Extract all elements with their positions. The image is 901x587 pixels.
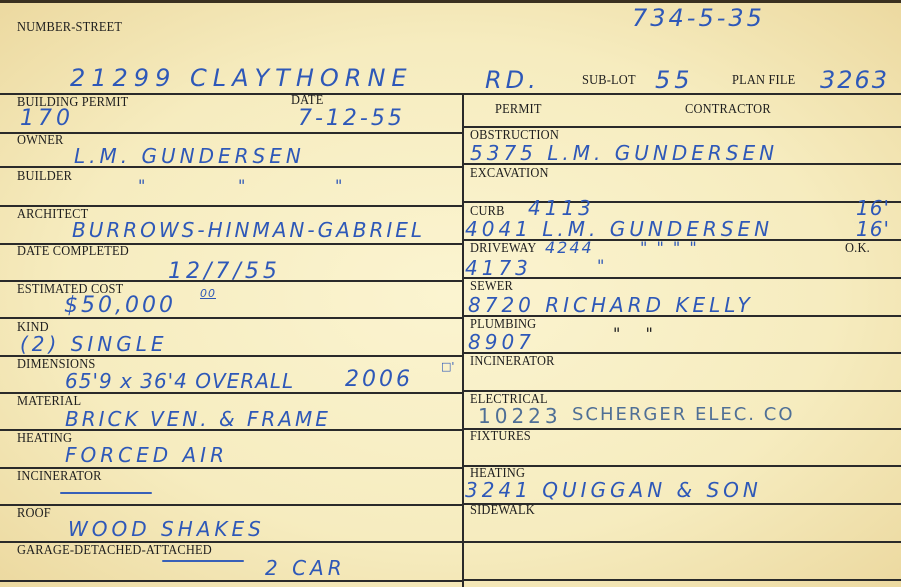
card-top-edge <box>0 0 901 3</box>
building-permit-card: NUMBER-STREET 734-5-35 21299 CLAYTHORNE … <box>0 0 901 587</box>
rule <box>0 580 462 582</box>
number-street-label: NUMBER-STREET <box>17 19 122 35</box>
sidewalk-label: SIDEWALK <box>470 502 535 518</box>
rule <box>462 465 901 467</box>
attached-underline <box>162 560 244 562</box>
sewer-label: SEWER <box>470 278 513 294</box>
contractor-column-header: CONTRACTOR <box>685 101 771 117</box>
excavation-label: EXCAVATION <box>470 165 549 181</box>
column-divider <box>462 93 464 587</box>
heating-value: FORCED AIR <box>65 443 228 467</box>
fixtures-label: FIXTURES <box>470 428 531 444</box>
builder-ditto-3: " <box>335 176 344 195</box>
architect-value: BURROWS-HINMAN-GABRIEL <box>72 218 425 242</box>
electrical-contractor: SCHERGER ELEC. CO <box>572 404 794 425</box>
plan-file-label: PLAN FILE <box>732 72 795 88</box>
rule <box>0 132 462 134</box>
estimated-cost-cents: 00 <box>200 287 216 300</box>
builder-label: BUILDER <box>17 168 72 184</box>
rule <box>462 541 901 543</box>
estimated-cost-value: $50,000 <box>64 293 176 318</box>
address-suffix: RD. <box>485 66 540 94</box>
dimensions-unit: □' <box>441 360 454 373</box>
date-completed-value: 12/7/55 <box>168 259 281 284</box>
heating-right-value: 3241 QUIGGAN & SON <box>465 478 762 502</box>
builder-ditto-2: " <box>238 176 247 195</box>
date-completed-label: DATE COMPLETED <box>17 243 129 259</box>
material-value: BRICK VEN. & FRAME <box>65 407 331 431</box>
driveway-ditto: " " " " <box>640 238 699 257</box>
electrical-permit: 10223 <box>478 404 562 428</box>
sewer-value: 8720 RICHARD KELLY <box>468 293 754 317</box>
incinerator-blank-mark <box>60 492 152 494</box>
rule-header <box>0 93 901 95</box>
rule <box>0 504 462 506</box>
incinerator-right-label: INCINERATOR <box>470 353 555 369</box>
permit-column-header: PERMIT <box>495 101 542 117</box>
sub-lot-value: 55 <box>655 66 694 94</box>
plumbing-permit: 8907 <box>468 330 535 354</box>
heating-label: HEATING <box>17 430 72 446</box>
owner-label: OWNER <box>17 132 63 148</box>
dimensions-value: 65'9 x 36'4 OVERALL <box>65 369 294 393</box>
driveway-line-2: 4173 <box>465 256 532 280</box>
plan-file-value: 3263 <box>820 66 889 94</box>
plumbing-ditto: " " <box>613 324 663 343</box>
kind-value: (2) SINGLE <box>20 332 168 356</box>
rule <box>462 579 901 581</box>
driveway-permit: 4244 <box>545 238 594 257</box>
curb-line-2: 4041 L.M. GUNDERSEN <box>465 217 773 241</box>
incinerator-label: INCINERATOR <box>17 468 102 484</box>
obstruction-value: 5375 L.M. GUNDERSEN <box>470 141 778 165</box>
builder-ditto-1: " <box>138 176 147 195</box>
driveway-status: O.K. <box>845 240 870 256</box>
roof-label: ROOF <box>17 505 51 521</box>
building-permit-value: 170 <box>20 106 74 131</box>
curb-length-2: 16' <box>856 217 890 241</box>
date-value: 7-12-55 <box>298 106 405 131</box>
sub-lot-label: SUB-LOT <box>582 72 636 88</box>
garage-label: GARAGE-DETACHED-ATTACHED <box>17 542 212 558</box>
owner-value: L.M. GUNDERSEN <box>74 144 305 168</box>
address-value: 21299 CLAYTHORNE <box>70 64 413 92</box>
roof-value: WOOD SHAKES <box>68 517 265 541</box>
driveway-label: DRIVEWAY <box>470 240 537 256</box>
card-number: 734-5-35 <box>632 4 765 32</box>
dimensions-area: 2006 <box>345 367 413 392</box>
garage-value: 2 CAR <box>265 556 346 580</box>
driveway-line-2-ditto: " <box>597 256 606 275</box>
